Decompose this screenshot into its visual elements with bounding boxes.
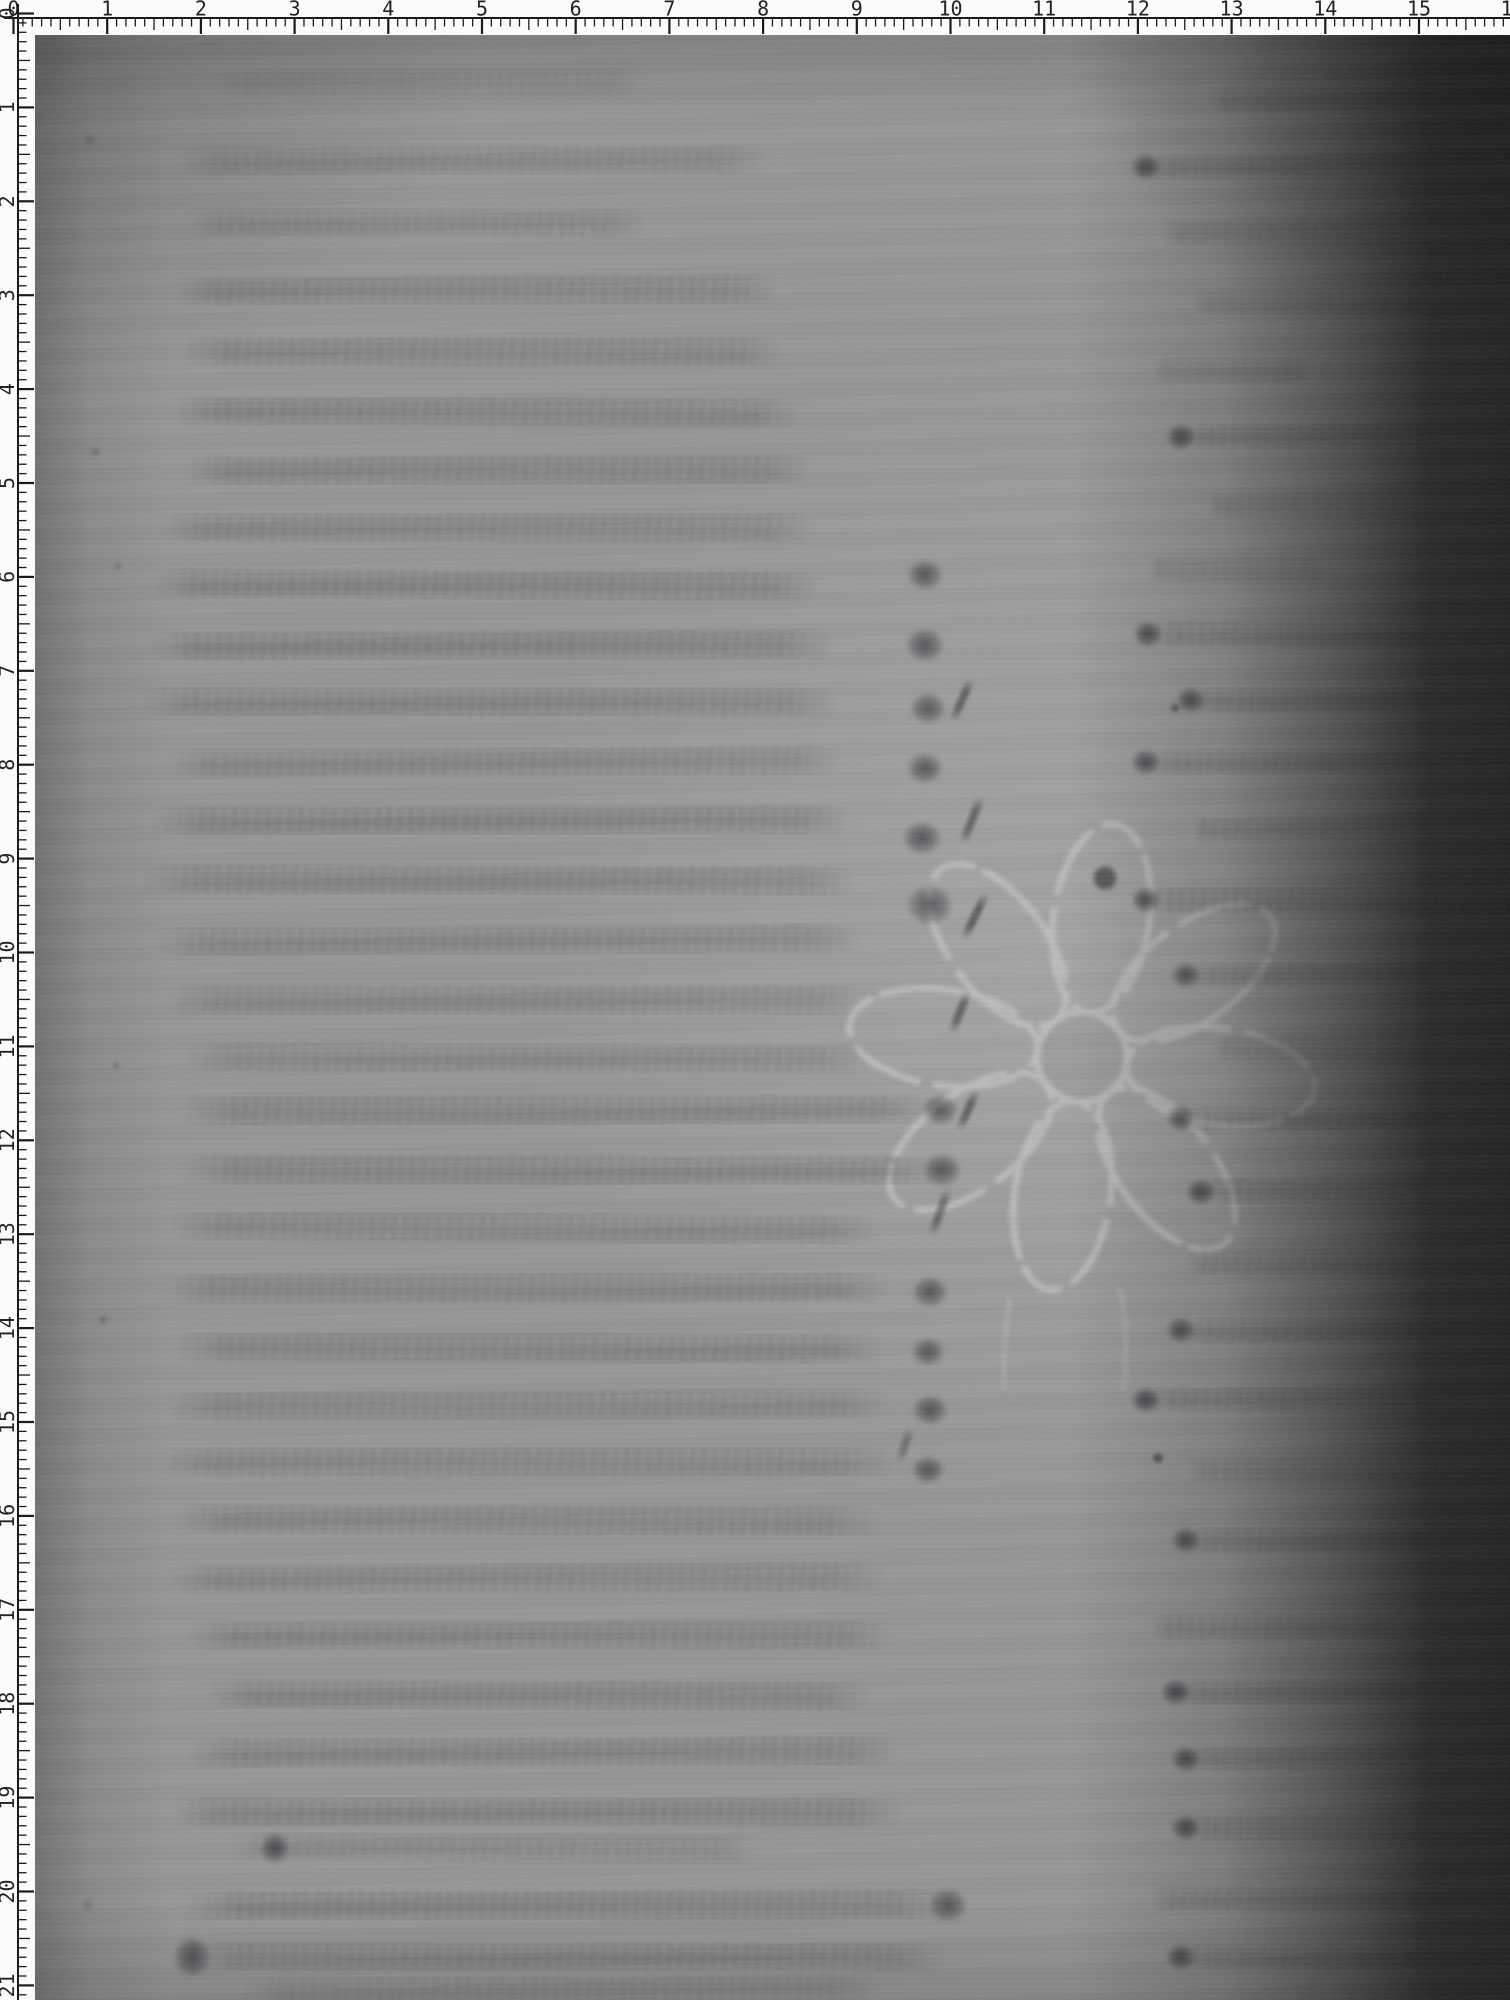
ruler-label-8: 8 (757, 0, 769, 21)
initial-mark (902, 555, 948, 595)
ink-spot (1170, 703, 1180, 713)
initial-mark (1162, 1313, 1200, 1347)
ruler-label-15: 15 (0, 1410, 19, 1434)
ink-spot (84, 134, 96, 146)
initial-mark (1167, 958, 1205, 992)
text-line-main (175, 1332, 882, 1363)
text-line-main (178, 145, 765, 176)
text-line-main (155, 924, 862, 957)
ruler-label-1: 1 (0, 101, 19, 113)
text-line-main (165, 1388, 892, 1422)
text-line-main (170, 1211, 880, 1245)
text-line-right (1185, 1943, 1440, 1970)
ruler-label-2: 2 (0, 195, 19, 207)
text-line-right (1185, 423, 1440, 450)
ruler-label-6: 6 (0, 571, 19, 583)
text-line-main (185, 1941, 948, 1973)
text-line-main (205, 1679, 872, 1712)
ruler-top: 012345678910111213141516 (0, 0, 1510, 36)
ruler-label-5: 5 (476, 0, 488, 21)
text-line-main (165, 745, 842, 779)
ink-spot (83, 1900, 93, 1910)
text-line-right (1185, 1249, 1445, 1276)
ruler-label-12: 12 (0, 1128, 19, 1152)
ruler-label-21: 21 (0, 1973, 19, 1997)
text-line-right (1150, 154, 1430, 180)
ruler-label-9: 9 (0, 853, 19, 865)
ruler-label-4: 4 (382, 0, 394, 21)
text-line-main (158, 513, 815, 544)
text-line-main (148, 629, 832, 660)
text-line-main (180, 1094, 930, 1126)
text-line-right (1150, 1386, 1445, 1414)
ruler-label-9: 9 (851, 0, 863, 21)
initial-mark (902, 748, 948, 788)
ruler-label-4: 4 (0, 383, 19, 395)
initial-mark (1157, 1675, 1195, 1709)
ruler-label-0: 0 (0, 7, 19, 19)
text-line-main (150, 805, 852, 836)
ruler-label-20: 20 (0, 1879, 19, 1903)
ruler-label-10: 10 (938, 0, 962, 21)
ink-spot (90, 447, 100, 457)
initial-mark (907, 1272, 953, 1312)
text-line-right (1150, 1612, 1400, 1639)
text-line-right (1190, 1527, 1435, 1554)
ink-spot (98, 1315, 108, 1325)
ruler-label-3: 3 (289, 0, 301, 21)
text-line-right (1185, 1317, 1445, 1343)
text-line-right (1185, 1105, 1445, 1131)
text-line-right (1210, 1035, 1445, 1062)
ruler-label-14: 14 (1313, 0, 1337, 21)
ruler-label-6: 6 (570, 0, 582, 21)
ink-spot (114, 562, 122, 570)
text-line-main (215, 67, 645, 99)
initial-mark (907, 1452, 948, 1488)
text-line-right (1147, 557, 1330, 583)
ruler-label-17: 17 (0, 1598, 19, 1622)
ruler-label-11: 11 (0, 1034, 19, 1058)
text-line-main (185, 337, 782, 367)
text-line-right (1185, 1457, 1425, 1484)
text-line-main (165, 1561, 885, 1594)
initial-mark (900, 879, 960, 931)
text-line-right (1208, 85, 1412, 112)
ruler-label-11: 11 (1032, 0, 1056, 21)
initial-mark (1127, 150, 1165, 184)
ruler-label-13: 13 (1220, 0, 1244, 21)
initial-mark (1167, 1742, 1205, 1776)
text-line-main (182, 454, 812, 486)
initial-mark (1167, 1523, 1205, 1557)
text-line-main (172, 274, 778, 307)
text-line-right (1205, 1178, 1445, 1205)
ruler-label-8: 8 (0, 759, 19, 771)
text-line-main (140, 686, 838, 717)
ruler-label-12: 12 (1126, 0, 1150, 21)
initial-mark (257, 1828, 293, 1868)
text-line-right (1190, 1746, 1440, 1773)
text-line-main (160, 1447, 895, 1478)
pen-stroke-mark (949, 677, 975, 722)
ruler-label-19: 19 (0, 1786, 19, 1810)
initial-mark (923, 1883, 974, 1927)
initial-mark (905, 688, 951, 728)
ruler-label-3: 3 (0, 289, 19, 301)
ruler-label-1: 1 (101, 0, 113, 21)
initial-mark (1127, 883, 1165, 917)
ruler-label-5: 5 (0, 477, 19, 489)
initial-mark (1162, 1940, 1200, 1974)
initial-mark (1129, 617, 1167, 651)
ruler-label-7: 7 (663, 0, 675, 21)
ruler-label-14: 14 (0, 1316, 19, 1340)
ruler-label-10: 10 (0, 940, 19, 964)
text-line-main (172, 396, 800, 429)
text-line-main (140, 864, 856, 896)
text-line-right (1205, 492, 1430, 519)
initial-mark (1127, 745, 1165, 779)
ruler-label-2: 2 (195, 0, 207, 21)
text-line-main (230, 1832, 760, 1865)
text-line-main (185, 1889, 952, 1921)
text-line-right (1150, 749, 1445, 776)
ruler-label-16: 16 (0, 1504, 19, 1528)
text-line-right (1150, 1885, 1440, 1911)
text-line-main (180, 1155, 945, 1186)
text-line-right (1152, 620, 1440, 648)
ruler-label-18: 18 (0, 1692, 19, 1716)
text-line-right (1152, 357, 1310, 383)
text-line-right (1180, 1679, 1420, 1705)
text-line-main (185, 1042, 870, 1075)
ink-spot (112, 1062, 120, 1070)
initial-mark (1182, 1175, 1220, 1209)
text-line-right (1190, 288, 1430, 315)
manuscript-scan-viewer: 012345678910111213141516 012345678910111… (0, 0, 1510, 2000)
text-line-main (175, 1504, 880, 1536)
ink-spot (1152, 1452, 1164, 1464)
text-line-right (1190, 1814, 1440, 1841)
text-line-right (1150, 887, 1445, 913)
initial-mark (907, 1334, 948, 1370)
initial-mark (1127, 1383, 1165, 1417)
initial-mark (1162, 420, 1200, 454)
text-line-main (170, 1797, 905, 1828)
text-line-right (1195, 687, 1445, 714)
initial-mark (917, 1148, 968, 1192)
text-line-main (160, 1272, 890, 1304)
text-line-main (165, 985, 866, 1015)
ruler-label-7: 7 (0, 665, 19, 677)
ruler-label-16: 16 (1501, 0, 1510, 21)
ruler-label-15: 15 (1407, 0, 1431, 21)
text-line-right (1160, 221, 1420, 248)
ruler-label-13: 13 (0, 1222, 19, 1246)
text-line-main (185, 1620, 895, 1650)
ruler-left: 0123456789101112131415161718192021 (0, 0, 36, 2000)
text-line-main (240, 1973, 880, 2000)
text-line-main (148, 568, 820, 602)
initial-mark (1167, 1811, 1205, 1845)
initial-mark (900, 623, 951, 667)
initial-mark (907, 1390, 953, 1430)
initial-mark (1162, 1101, 1200, 1135)
text-line-main (185, 207, 645, 238)
ink-spot (1091, 864, 1119, 892)
text-line-right (1190, 962, 1445, 989)
initial-mark (168, 1931, 216, 1984)
text-line-main (185, 1736, 900, 1768)
text-line-right (1190, 816, 1445, 843)
manuscript-photo (35, 35, 1510, 2000)
initial-mark (897, 816, 948, 860)
